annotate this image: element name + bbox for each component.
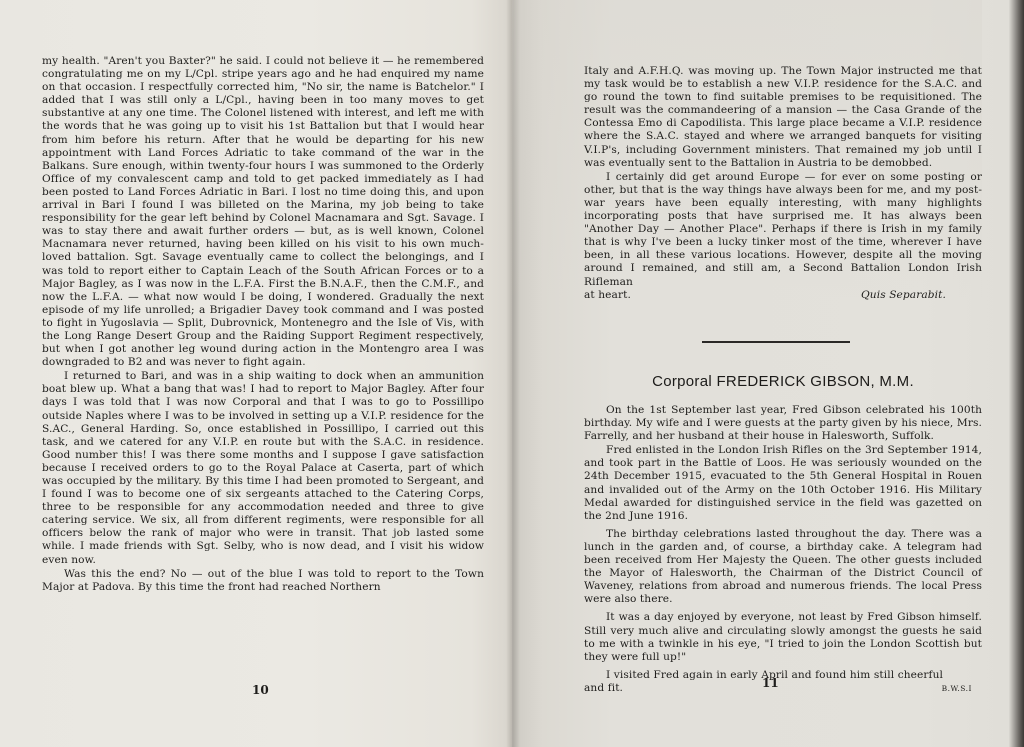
closing-text: and fit. — [584, 682, 623, 695]
section-divider — [702, 341, 850, 343]
article-body: On the 1st September last year, Fred Gib… — [584, 404, 982, 695]
left-page: my health. "Aren't you Baxter?" he said.… — [0, 0, 512, 747]
regimental-motto: Quis Separabit. — [861, 289, 946, 302]
paragraph: On the 1st September last year, Fred Gib… — [584, 404, 982, 443]
paragraph: Italy and A.F.H.Q. was moving up. The To… — [584, 65, 982, 170]
article-heading: Corporal FREDERICK GIBSON, M.M. — [584, 373, 982, 390]
paragraph: I visited Fred again in early April and … — [584, 669, 982, 682]
left-page-text: my health. "Aren't you Baxter?" he said.… — [42, 55, 484, 594]
page-number: 11 — [762, 676, 779, 690]
closing-line: at heart. Quis Separabit. — [584, 289, 982, 302]
paragraph: It was a day enjoyed by everyone, not le… — [584, 611, 982, 663]
paragraph: my health. "Aren't you Baxter?" he said.… — [42, 55, 484, 369]
page-number: 10 — [252, 683, 269, 697]
paragraph: Fred enlisted in the London Irish Rifles… — [584, 444, 982, 523]
right-page-continued-text: Italy and A.F.H.Q. was moving up. The To… — [584, 65, 982, 302]
paragraph: The birthday celebrations lasted through… — [584, 528, 982, 607]
closing-text: at heart. — [584, 289, 631, 302]
paragraph: I returned to Bari, and was in a ship wa… — [42, 370, 484, 566]
paragraph: Was this the end? No — out of the blue I… — [42, 568, 484, 594]
paragraph: I certainly did get around Europe — for … — [584, 171, 982, 289]
author-initials: B.W.S.I — [942, 682, 972, 695]
article-signoff: and fit. B.W.S.I — [584, 682, 982, 695]
